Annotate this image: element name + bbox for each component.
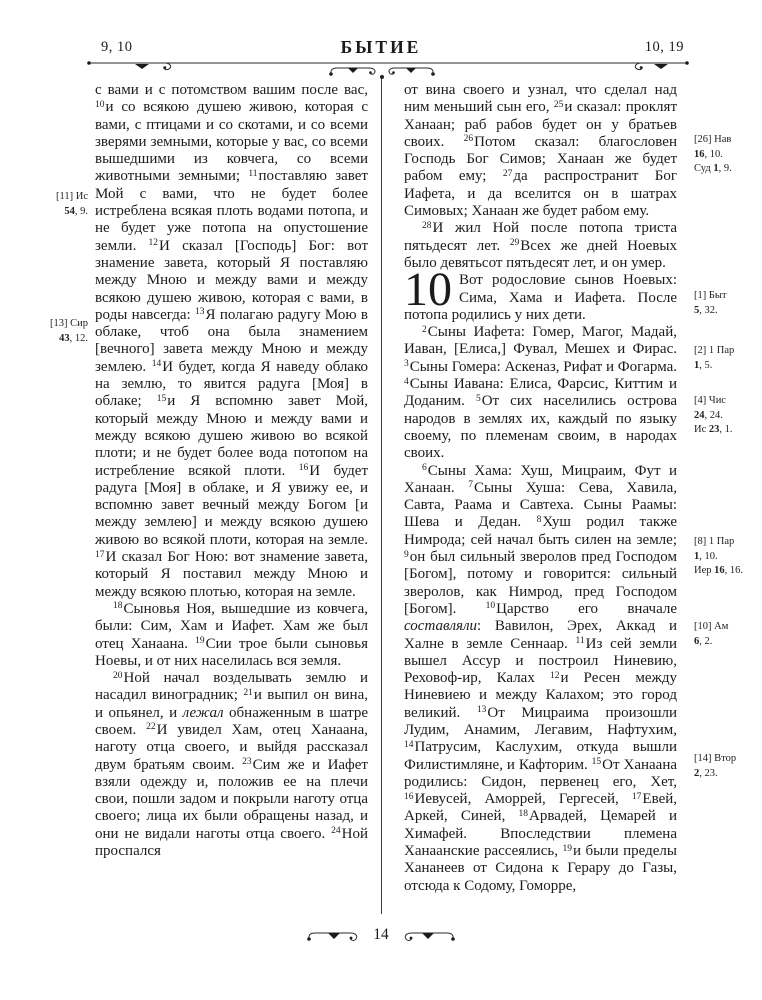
cross-reference-line: [1] Быт (694, 289, 727, 304)
right-column: от вина своего и узнал, что сделал над н… (404, 82, 677, 895)
verse-number: 13 (195, 307, 205, 317)
cross-reference-line: [10] Ам (694, 620, 728, 635)
cross-reference-note: [4] Чис24, 24.Ис 23, 1. (694, 394, 733, 438)
cross-reference-line: 5, 32. (694, 304, 727, 319)
verse-number: 10 (486, 601, 496, 611)
column-divider (381, 78, 382, 914)
scripture-paragraph: с вами и с потомством вашим после вас, 1… (95, 82, 368, 601)
cross-reference-line: [26] Нав (694, 133, 732, 148)
bible-page: 9, 10 БЫТИЕ 10, 19 с вами и с потомством… (0, 0, 762, 1000)
cross-reference-line: 2, 23. (694, 767, 736, 782)
cross-reference-line: [2] 1 Пар (694, 344, 734, 359)
verse-number: 23 (242, 757, 252, 767)
verse-number: 12 (550, 671, 560, 681)
page-footer: 14 (0, 926, 762, 944)
cross-reference-line: 54, 9. (56, 205, 88, 220)
verse-number: 24 (331, 826, 341, 836)
verse-number: 15 (592, 757, 602, 767)
right-page-reference: 10, 19 (645, 39, 684, 56)
verse-number: 3 (404, 359, 409, 369)
verse-number: 29 (510, 238, 520, 248)
cross-reference-line: Ис 23, 1. (694, 423, 733, 438)
scripture-paragraph: 6Сыны Хама: Хуш, Мицраим, Фут и Ханаан. … (404, 463, 677, 895)
verse-number: 28 (422, 221, 432, 231)
verse-number: 9 (404, 550, 409, 560)
cross-reference-line: 1, 10. (694, 550, 743, 565)
verse-number: 26 (464, 134, 474, 144)
verse-number: 10 (95, 100, 105, 110)
scripture-paragraph: от вина своего и узнал, что сделал над н… (404, 82, 677, 220)
verse-number: 19 (562, 844, 572, 854)
verse-number: 17 (632, 792, 642, 802)
verse-number: 2 (422, 325, 427, 335)
verse-number: 27 (503, 169, 513, 179)
scripture-paragraph: 20Ной начал возделывать землю и насадил … (95, 670, 368, 860)
footer-flourish-right (403, 928, 457, 943)
verse-number: 14 (152, 359, 162, 369)
cross-reference-note: [11] Ис54, 9. (56, 190, 88, 219)
cross-reference-line: 1, 5. (694, 359, 734, 374)
cross-reference-note: [13] Сир43, 12. (50, 317, 88, 346)
cross-reference-note: [1] Быт5, 32. (694, 289, 727, 318)
cross-reference-line: [11] Ис (56, 190, 88, 205)
verse-number: 21 (243, 688, 253, 698)
verse-number: 5 (476, 394, 481, 404)
verse-number: 20 (113, 671, 123, 681)
verse-number: 16 (404, 792, 414, 802)
page-number: 14 (373, 926, 389, 944)
verse-number: 15 (157, 394, 167, 404)
verse-number: 18 (113, 601, 123, 611)
verse-number: 6 (422, 463, 427, 473)
cross-reference-line: 43, 12. (50, 332, 88, 347)
left-column: с вами и с потомством вашим после вас, 1… (95, 82, 368, 860)
verse-number: 11 (576, 636, 585, 646)
verse-number: 14 (404, 740, 414, 750)
verse-number: 12 (149, 238, 159, 248)
verse-number: 7 (468, 480, 473, 490)
footer-flourish-left (305, 928, 359, 943)
cross-reference-note: [8] 1 Пар1, 10.Иер 16, 16. (694, 535, 743, 579)
verse-number: 13 (477, 705, 487, 715)
cross-reference-note: [14] Втор2, 23. (694, 752, 736, 781)
cross-reference-line: 6, 2. (694, 635, 728, 650)
verse-number: 18 (518, 809, 528, 819)
cross-reference-line: [8] 1 Пар (694, 535, 743, 550)
verse-number: 19 (195, 636, 205, 646)
verse-number: 4 (404, 377, 409, 387)
cross-reference-note: [2] 1 Пар1, 5. (694, 344, 734, 373)
verse-number: 8 (537, 515, 542, 525)
scripture-paragraph: 2Сыны Иафета: Гомер, Магог, Мадай, Иаван… (404, 324, 677, 462)
cross-reference-note: [10] Ам6, 2. (694, 620, 728, 649)
scripture-paragraph: 18Сыновья Ноя, вышедшие из ковчега, были… (95, 601, 368, 670)
cross-reference-note: [26] Нав16, 10.Суд 1, 9. (694, 133, 732, 177)
verse-number: 17 (95, 550, 105, 560)
chapter-number-dropcap: 10 (404, 272, 459, 306)
cross-reference-line: 24, 24. (694, 409, 733, 424)
cross-reference-line: [14] Втор (694, 752, 736, 767)
cross-reference-line: Суд 1, 9. (694, 162, 732, 177)
verse-number: 25 (554, 100, 564, 110)
verse-number: 22 (146, 722, 156, 732)
cross-reference-line: [4] Чис (694, 394, 733, 409)
chapter-start-paragraph: 10Вот родословие сынов Ноевых: Сима, Хам… (404, 272, 677, 324)
cross-reference-line: 16, 10. (694, 148, 732, 163)
cross-reference-line: [13] Сир (50, 317, 88, 332)
cross-reference-line: Иер 16, 16. (694, 564, 743, 579)
left-page-reference: 9, 10 (101, 39, 133, 56)
scripture-paragraph: 28И жил Ной после потопа триста пятьдеся… (404, 220, 677, 272)
verse-number: 16 (299, 463, 309, 473)
verse-number: 11 (248, 169, 257, 179)
